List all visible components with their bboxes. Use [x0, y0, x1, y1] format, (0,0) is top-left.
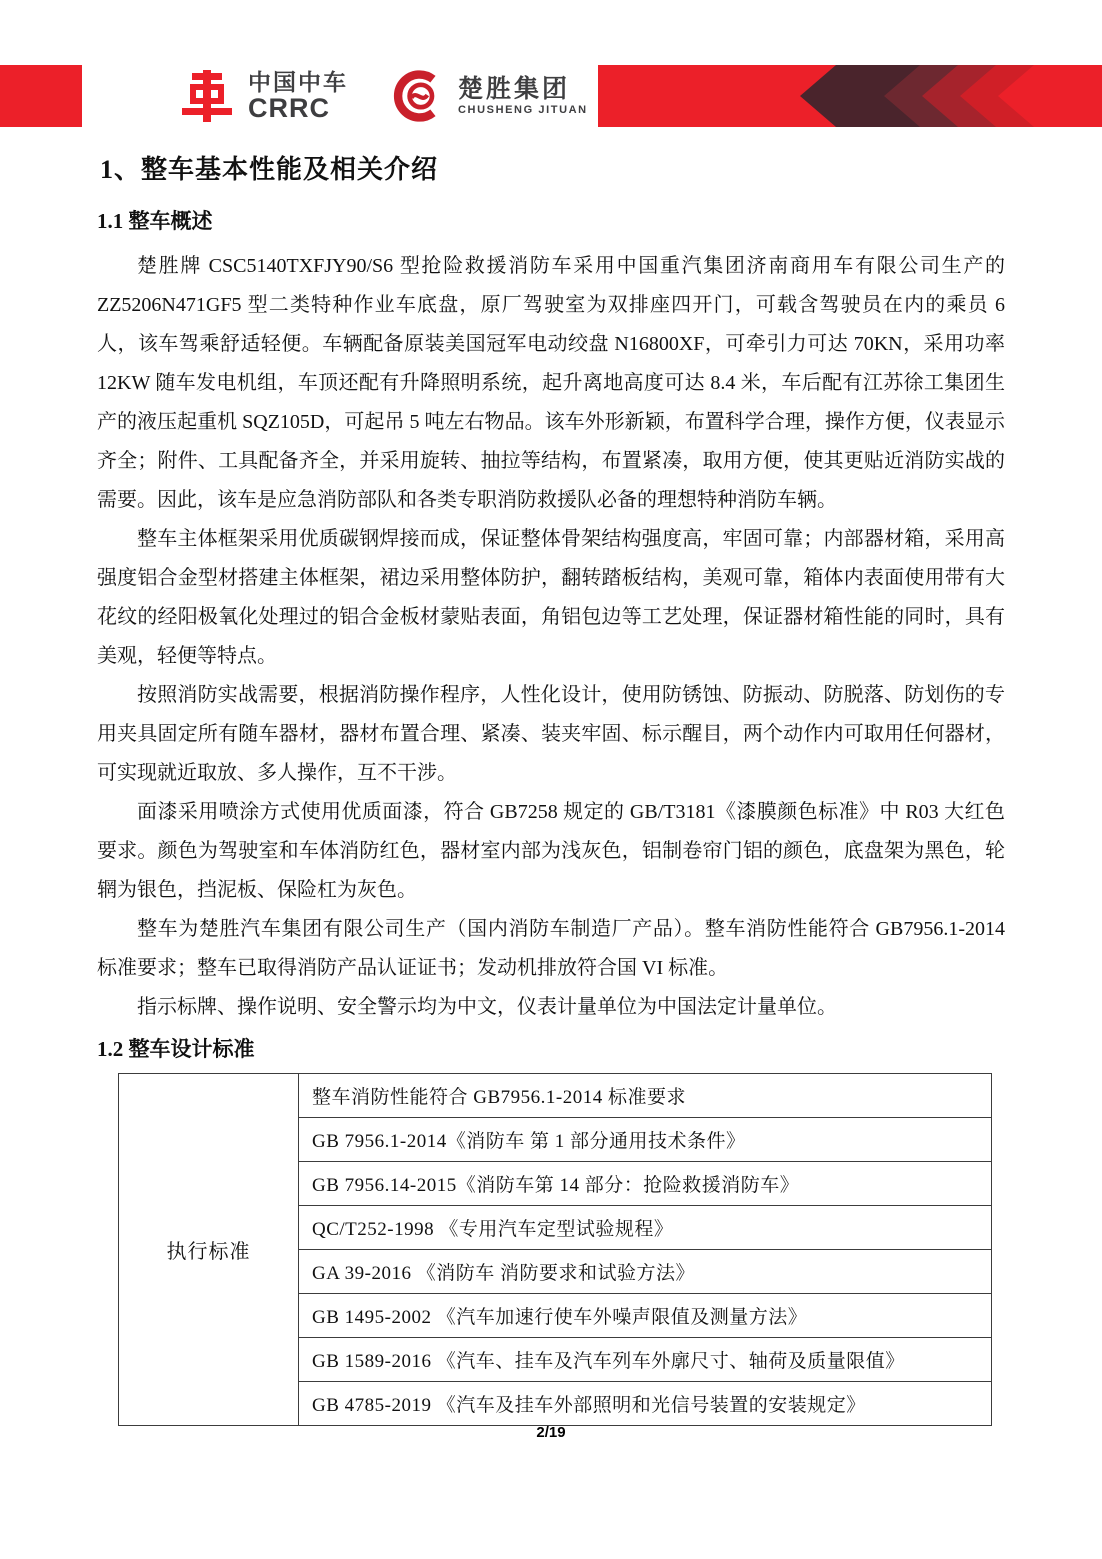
- paragraph: 楚胜牌 CSC5140TXFJY90/S6 型抢险救援消防车采用中国重汽集团济南…: [97, 247, 1005, 520]
- table-cell: GB 7956.14-2015《消防车第 14 部分：抢险救援消防车》: [299, 1162, 992, 1206]
- chusheng-logo: 楚胜集团 CHUSHENG JITUAN: [390, 67, 588, 125]
- table-cell: QC/T252-1998 《专用汽车定型试验规程》: [299, 1206, 992, 1250]
- paragraph: 按照消防实战需要，根据消防操作程序，人性化设计，使用防锈蚀、防振动、防脱落、防划…: [97, 676, 1005, 793]
- crrc-name-en: CRRC: [248, 94, 348, 122]
- chusheng-name-en: CHUSHENG JITUAN: [458, 105, 588, 117]
- crrc-logo-icon: [182, 70, 232, 122]
- table-row: 执行标准 整车消防性能符合 GB7956.1-2014 标准要求: [119, 1074, 992, 1118]
- table-cell: GB 1589-2016 《汽车、挂车及汽车列车外廓尺寸、轴荷及质量限值》: [299, 1338, 992, 1382]
- crrc-logo: 中国中车 CRRC: [248, 70, 348, 122]
- chusheng-logo-text: 楚胜集团 CHUSHENG JITUAN: [458, 76, 588, 117]
- table-cell: GB 4785-2019 《汽车及挂车外部照明和光信号装置的安装规定》: [299, 1382, 992, 1426]
- chusheng-logo-icon: [390, 67, 446, 125]
- document-page: 中国中车 CRRC 楚胜集团 CHUSHENG JITUAN: [0, 0, 1102, 1559]
- crrc-name-cn: 中国中车: [248, 70, 348, 94]
- header-logo-area: 中国中车 CRRC 楚胜集团 CHUSHENG JITUAN: [82, 65, 598, 127]
- paragraph: 整车主体框架采用优质碳钢焊接而成，保证整体骨架结构强度高，牢固可靠；内部器材箱，…: [97, 520, 1005, 676]
- paragraph: 指示标牌、操作说明、安全警示均为中文，仪表计量单位为中国法定计量单位。: [97, 988, 1005, 1027]
- paragraph: 整车为楚胜汽车集团有限公司生产（国内消防车制造厂产品）。整车消防性能符合 GB7…: [97, 910, 1005, 988]
- standards-table: 执行标准 整车消防性能符合 GB7956.1-2014 标准要求 GB 7956…: [118, 1073, 992, 1426]
- document-content: 1、整车基本性能及相关介绍 1.1 整车概述 楚胜牌 CSC5140TXFJY9…: [0, 127, 1102, 1426]
- table-cell: 整车消防性能符合 GB7956.1-2014 标准要求: [299, 1074, 992, 1118]
- chusheng-name-cn: 楚胜集团: [458, 76, 588, 102]
- page-number: 2/19: [0, 1424, 1102, 1441]
- header-band: 中国中车 CRRC 楚胜集团 CHUSHENG JITUAN: [0, 65, 1102, 127]
- paragraph: 面漆采用喷涂方式使用优质面漆，符合 GB7258 规定的 GB/T3181《漆膜…: [97, 793, 1005, 910]
- table-cell: GB 7956.1-2014《消防车 第 1 部分通用技术条件》: [299, 1118, 992, 1162]
- table-cell: GB 1495-2002 《汽车加速行使车外噪声限值及测量方法》: [299, 1294, 992, 1338]
- table-cell: GA 39-2016 《消防车 消防要求和试验方法》: [299, 1250, 992, 1294]
- table-row-header: 执行标准: [119, 1074, 299, 1426]
- document-title: 1、整车基本性能及相关介绍: [100, 149, 1005, 186]
- section-heading-1-2: 1.2 整车设计标准: [97, 1033, 1005, 1063]
- section-heading-1-1: 1.1 整车概述: [97, 205, 1005, 235]
